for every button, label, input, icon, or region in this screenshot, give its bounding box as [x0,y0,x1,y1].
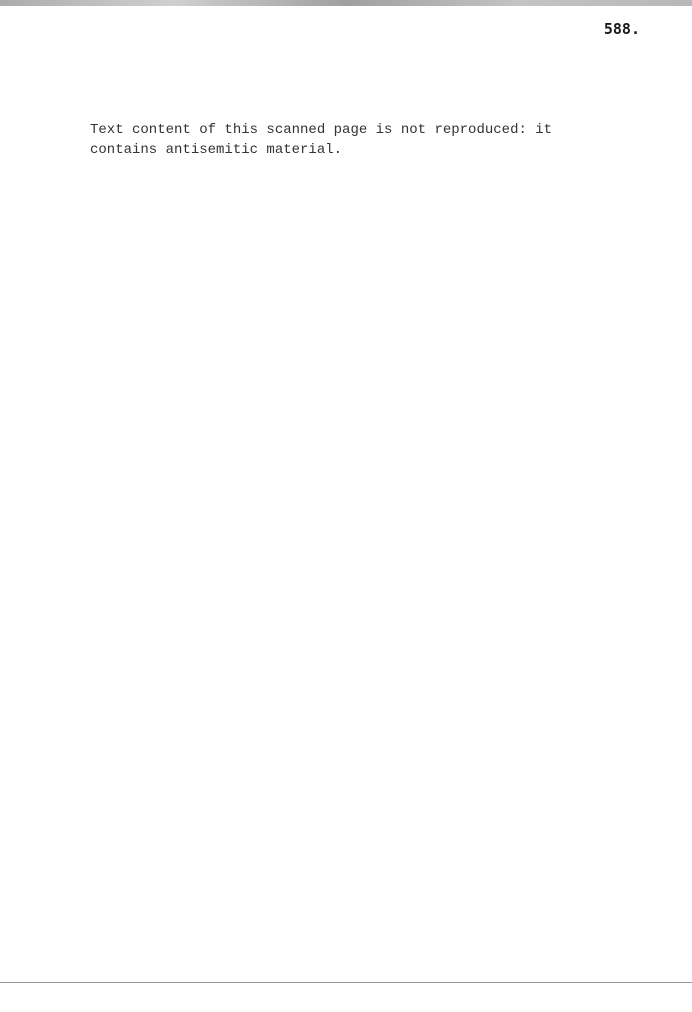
content-notice: Text content of this scanned page is not… [90,120,610,160]
page-number: 588. [604,20,640,38]
scan-bottom-edge [0,982,692,983]
scan-edge [0,0,692,6]
